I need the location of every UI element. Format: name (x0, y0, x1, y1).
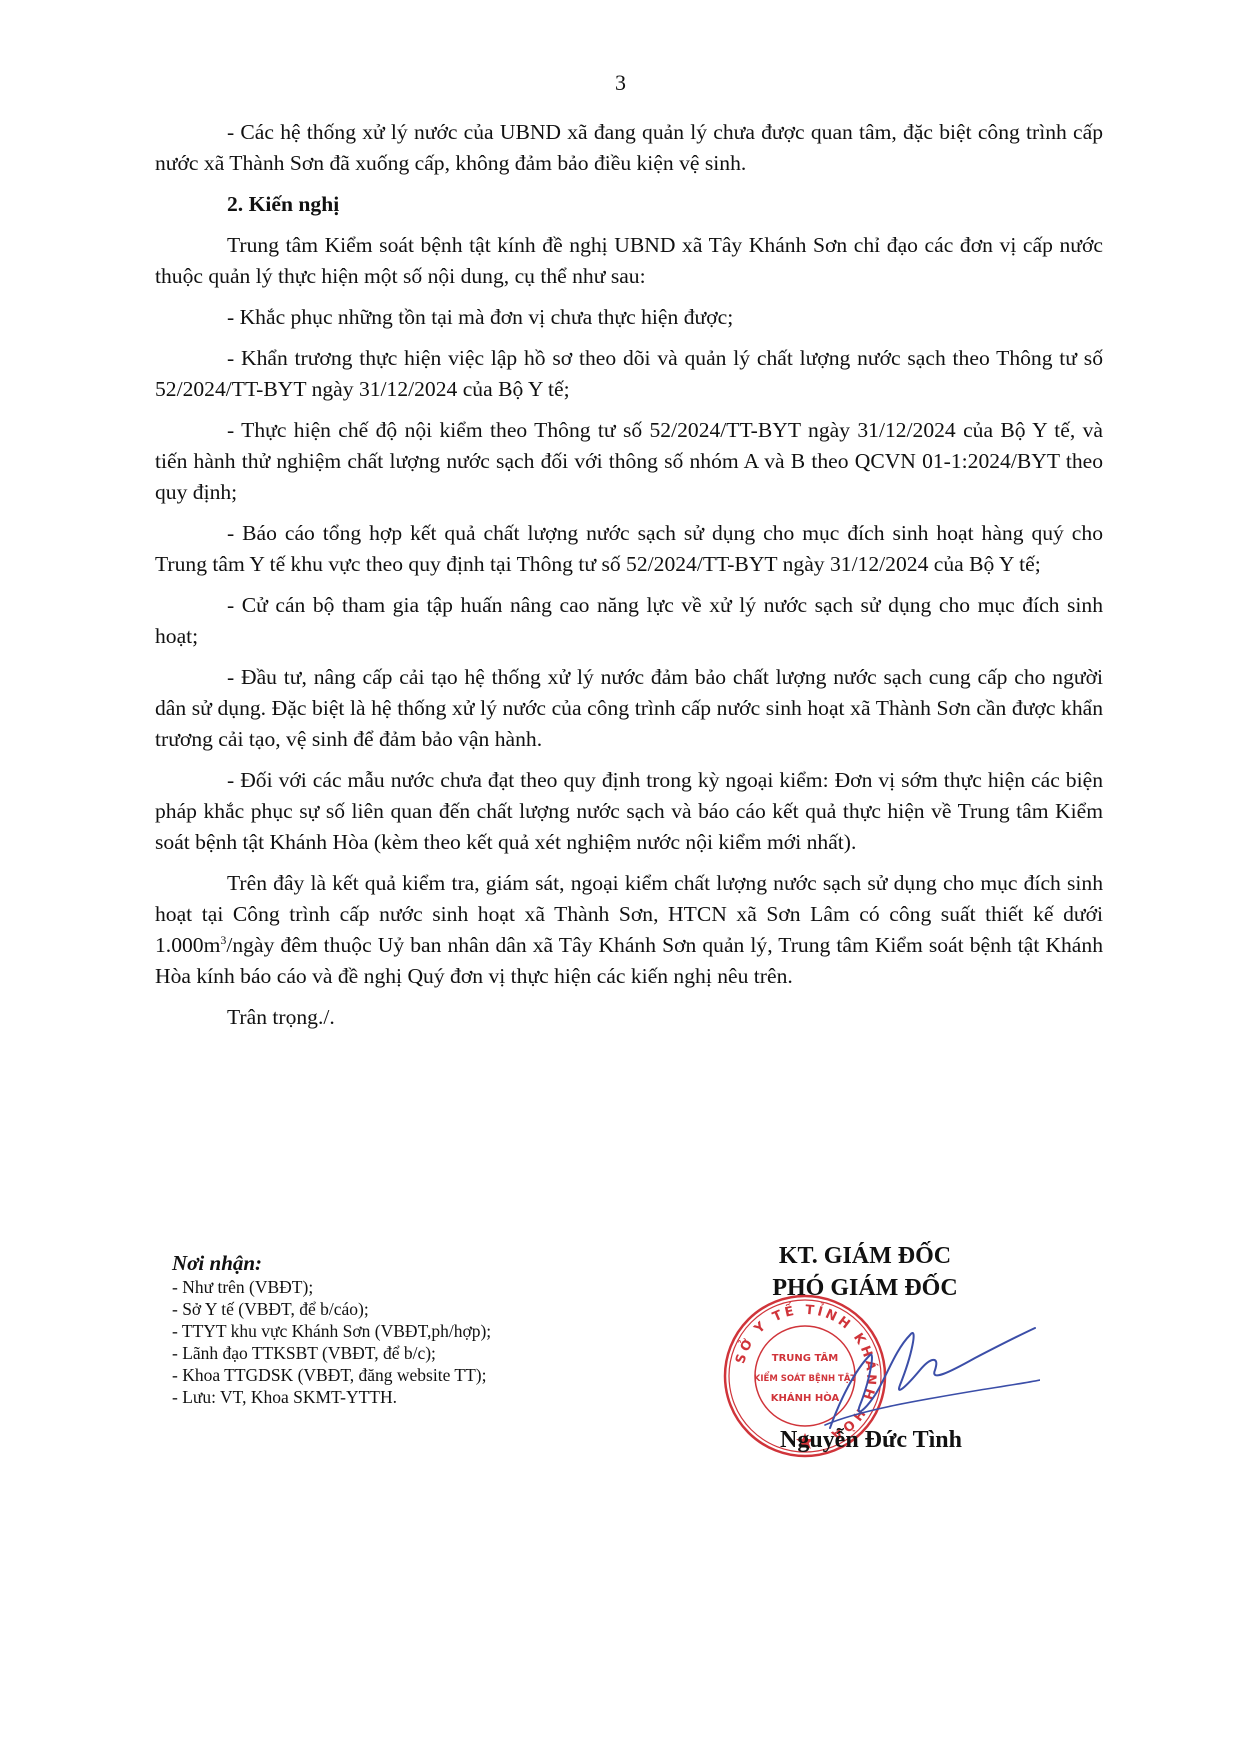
handwritten-signature-icon (800, 1310, 1040, 1440)
recipients-title: Nơi nhận: (172, 1250, 491, 1276)
closing-salutation: Trân trọng./. (155, 1002, 1103, 1033)
paragraph-limitations: - Các hệ thống xử lý nước của UBND xã đa… (155, 117, 1103, 179)
page-number: 3 (0, 70, 1241, 96)
recipient-item: - Sở Y tế (VBĐT, để b/cáo); (172, 1298, 491, 1320)
recommendation-item: - Đối với các mẫu nước chưa đạt theo quy… (155, 765, 1103, 858)
signer-name: Nguyễn Đức Tình (780, 1427, 962, 1454)
recipient-item: - Khoa TTGDSK (VBĐT, đăng website TT); (172, 1364, 491, 1386)
conclusion-text-b: /ngày đêm thuộc Uỷ ban nhân dân xã Tây K… (155, 933, 1103, 988)
recommendation-item: - Khẩn trương thực hiện việc lập hồ sơ t… (155, 343, 1103, 405)
recommendation-item: - Cử cán bộ tham gia tập huấn nâng cao n… (155, 590, 1103, 652)
recommendation-item: - Đầu tư, nâng cấp cải tạo hệ thống xử l… (155, 662, 1103, 755)
section-heading-recommendations: 2. Kiến nghị (155, 189, 1103, 220)
recommendation-item: - Báo cáo tổng hợp kết quả chất lượng nư… (155, 518, 1103, 580)
recipient-item: - Lãnh đạo TTKSBT (VBĐT, để b/c); (172, 1342, 491, 1364)
recipients-block: Nơi nhận: - Như trên (VBĐT); - Sở Y tế (… (172, 1250, 491, 1408)
recipient-item: - Lưu: VT, Khoa SKMT-YTTH. (172, 1386, 491, 1408)
paragraph-conclusion: Trên đây là kết quả kiểm tra, giám sát, … (155, 868, 1103, 992)
document-body: - Các hệ thống xử lý nước của UBND xã đa… (155, 117, 1103, 1043)
signer-authority: KT. GIÁM ĐỐC (690, 1240, 1040, 1272)
recommendation-item: - Khắc phục những tồn tại mà đơn vị chưa… (155, 302, 1103, 333)
recipient-item: - Như trên (VBĐT); (172, 1276, 491, 1298)
recipient-item: - TTYT khu vực Khánh Sơn (VBĐT,ph/hợp); (172, 1320, 491, 1342)
recommendation-item: - Thực hiện chế độ nội kiểm theo Thông t… (155, 415, 1103, 508)
paragraph-intro-recommendations: Trung tâm Kiểm soát bệnh tật kính đề ngh… (155, 230, 1103, 292)
